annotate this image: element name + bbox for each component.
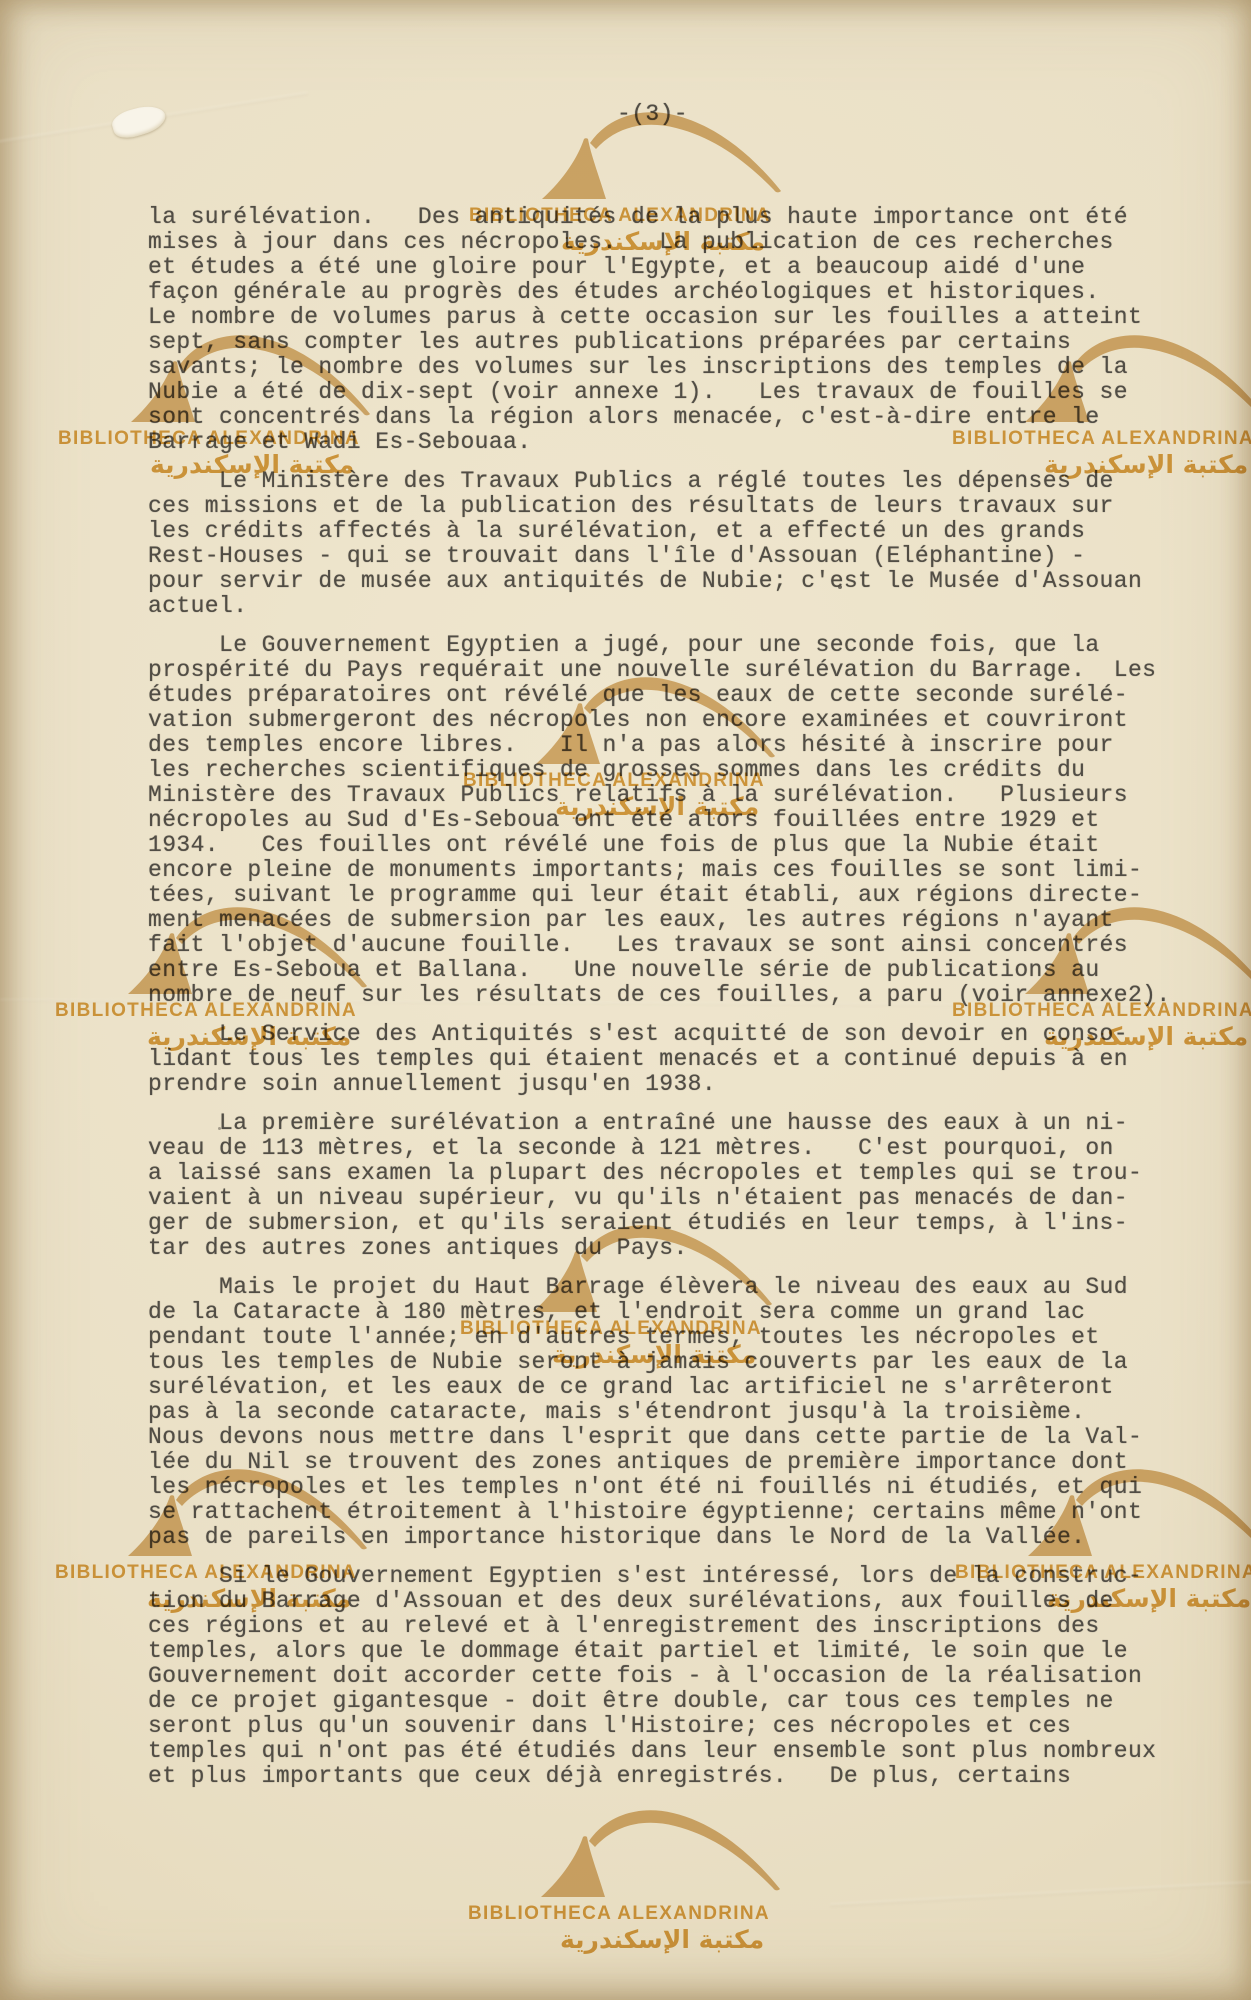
typed-line: de ce projet gigantesque - doit être dou… bbox=[148, 1689, 1223, 1714]
typed-line: de la Cataracte à 180 mètres, et l'endro… bbox=[148, 1300, 1223, 1325]
typed-line: tous les temples de Nubie seront à jamai… bbox=[148, 1350, 1223, 1375]
typed-line: les recherches scientifiques de grosses … bbox=[148, 758, 1223, 783]
typed-line: façon générale au progrès des études arc… bbox=[148, 280, 1223, 305]
typed-line: ger de submersion, et qu'ils seraient ét… bbox=[148, 1211, 1223, 1236]
paper-tear bbox=[109, 101, 168, 142]
paragraph: Le Service des Antiquités s'est acquitté… bbox=[148, 1022, 1223, 1097]
typed-line: temples qui n'ont pas été étudiés dans l… bbox=[148, 1739, 1223, 1764]
typed-line: La première surélévation a entraîné une … bbox=[148, 1111, 1223, 1136]
typed-line: Mais le projet du Haut Barrage élèvera l… bbox=[148, 1275, 1223, 1300]
typed-line: nécropoles au Sud d'Es-Seboua ont été al… bbox=[148, 808, 1223, 833]
paragraph: la surélévation. Des antiquités de la pl… bbox=[148, 205, 1223, 455]
watermark-stamp: BIBLIOTHECA ALEXANDRINA مكتبة الإسكندرية bbox=[468, 1903, 768, 1963]
typed-line: Ministère des Travaux Publics relatifs à… bbox=[148, 783, 1223, 808]
typed-line: Le Gouvernement Egyptien a jugé, pour un… bbox=[148, 633, 1223, 658]
typed-line: Si le Gouvernement Egyptien s'est intére… bbox=[148, 1564, 1223, 1589]
typed-line: mises à jour dans ces nécropoles. La pub… bbox=[148, 230, 1223, 255]
typed-line: prospérité du Pays requérait une nouvell… bbox=[148, 658, 1223, 683]
paragraph: Le Gouvernement Egyptien a jugé, pour un… bbox=[148, 633, 1223, 1008]
typed-line: Nous devons nous mettre dans l'esprit qu… bbox=[148, 1425, 1223, 1450]
paragraph: La première surélévation a entraîné une … bbox=[148, 1111, 1223, 1261]
typed-text: la surélévation. Des antiquités de la pl… bbox=[148, 205, 1223, 1803]
typed-line: temples, alors que le dommage était part… bbox=[148, 1639, 1223, 1664]
typed-line: sont concentrés dans la région alors men… bbox=[148, 405, 1223, 430]
typed-line: Gouvernement doit accorder cette fois - … bbox=[148, 1664, 1223, 1689]
typed-line: des temples encore libres. Il n'a pas al… bbox=[148, 733, 1223, 758]
typed-line: a laissé sans examen la plupart des nécr… bbox=[148, 1161, 1223, 1186]
typed-line: pas de pareils en importance historique … bbox=[148, 1525, 1223, 1550]
typed-line: la surélévation. Des antiquités de la pl… bbox=[148, 205, 1223, 230]
typed-line: vaient à un niveau supérieur, vu qu'ils … bbox=[148, 1186, 1223, 1211]
typed-line: les crédits affectés à la surélévation, … bbox=[148, 519, 1223, 544]
typed-line: se rattachent étroitement à l'histoire é… bbox=[148, 1500, 1223, 1525]
typed-line: Barrage et Wadi Es-Sebouaa. bbox=[148, 430, 1223, 455]
typed-line: Le nombre de volumes parus à cette occas… bbox=[148, 305, 1223, 330]
watermark-latin-text: BIBLIOTHECA ALEXANDRINA bbox=[468, 1903, 770, 1925]
scanned-document-page: -(3)- la surélévation. Des antiquités de… bbox=[0, 0, 1251, 2000]
page-number: -(3)- bbox=[617, 101, 688, 127]
typed-line: pour servir de musée aux antiquités de N… bbox=[148, 569, 1223, 594]
typed-line: ment menacées de submersion par les eaux… bbox=[148, 908, 1223, 933]
typed-line: lée du Nil se trouvent des zones antique… bbox=[148, 1450, 1223, 1475]
typed-line: Le Ministère des Travaux Publics a réglé… bbox=[148, 469, 1223, 494]
typed-line: actuel. bbox=[148, 594, 1223, 619]
typed-line: pendant toute l'année; en d'autres terme… bbox=[148, 1325, 1223, 1350]
typed-line: tion du Barrage d'Assouan et des deux su… bbox=[148, 1589, 1223, 1614]
typed-line: lidant tous les temples qui étaient mena… bbox=[148, 1047, 1223, 1072]
paragraph: Le Ministère des Travaux Publics a réglé… bbox=[148, 469, 1223, 619]
watermark-arabic-text: مكتبة الإسكندرية bbox=[560, 1925, 764, 1954]
typed-line: sept, sans compter les autres publicatio… bbox=[148, 330, 1223, 355]
typed-line: veau de 113 mètres, et la seconde à 121 … bbox=[148, 1136, 1223, 1161]
paper-crease bbox=[830, 1877, 1251, 1907]
paragraph: Si le Gouvernement Egyptien s'est intére… bbox=[148, 1564, 1223, 1789]
typed-line: Le Service des Antiquités s'est acquitté… bbox=[148, 1022, 1223, 1047]
typed-line: tées, suivant le programme qui leur étai… bbox=[148, 883, 1223, 908]
typed-line: et études a été une gloire pour l'Egypte… bbox=[148, 255, 1223, 280]
typed-line: seront plus qu'un souvenir dans l'Histoi… bbox=[148, 1714, 1223, 1739]
typed-line: savants; le nombre des volumes sur les i… bbox=[148, 355, 1223, 380]
typed-line: études préparatoires ont révélé que les … bbox=[148, 683, 1223, 708]
typed-line: fait l'objet d'aucune fouille. Les trava… bbox=[148, 933, 1223, 958]
typed-line: les nécropoles et les temples n'ont été … bbox=[148, 1475, 1223, 1500]
typed-line: tar des autres zones antiques du Pays. bbox=[148, 1236, 1223, 1261]
typed-line: entre Es-Seboua et Ballana. Une nouvelle… bbox=[148, 958, 1223, 983]
typed-line: nombre de neuf sur les résultats de ces … bbox=[148, 983, 1223, 1008]
bibliotheca-alexandrina-logo-icon bbox=[523, 1807, 783, 1897]
typed-line: Nubie a été de dix-sept (voir annexe 1).… bbox=[148, 380, 1223, 405]
typed-line: ces régions et au relevé et à l'enregist… bbox=[148, 1614, 1223, 1639]
typed-line: surélévation, et les eaux de ce grand la… bbox=[148, 1375, 1223, 1400]
typed-line: et plus importants que ceux déjà enregis… bbox=[148, 1764, 1223, 1789]
typed-line: prendre soin annuellement jusqu'en 1938. bbox=[148, 1072, 1223, 1097]
paragraph: Mais le projet du Haut Barrage élèvera l… bbox=[148, 1275, 1223, 1550]
typed-line: encore pleine de monuments importants; m… bbox=[148, 858, 1223, 883]
typed-line: ces missions et de la publication des ré… bbox=[148, 494, 1223, 519]
typed-line: Rest-Houses - qui se trouvait dans l'île… bbox=[148, 544, 1223, 569]
typed-line: vation submergeront des nécropoles non e… bbox=[148, 708, 1223, 733]
typed-line: pas à la seconde cataracte, mais s'étend… bbox=[148, 1400, 1223, 1425]
typed-line: 1934. Ces fouilles ont révélé une fois d… bbox=[148, 833, 1223, 858]
